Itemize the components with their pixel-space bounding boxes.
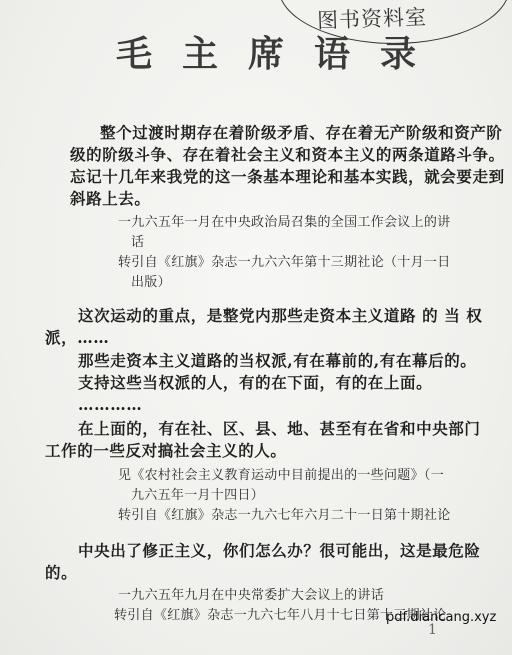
quote-2-line-3: 那些走资本主义道路的当权派,有在幕前的,有在幕后的。 [78,350,476,372]
quote-3-line-1: 中央出了修正主义，你们怎么办？很可能出，这是最危险 [78,540,481,562]
watermark-text: pdf.diancang.xyz [386,610,496,625]
quote-2-line-5: ………… [78,394,142,416]
quote-1-source-3: 转引自《红旗》杂志一九六六年第十三期社论（十月一日 [118,252,451,274]
quote-1-line-3: 忘记十几年来我党的这一条基本理论和基本实践，就会要走到 [70,166,505,188]
quote-2-source-2: 九六五年一月十四日） [131,485,264,507]
quote-3-line-2: 的。 [45,562,77,584]
quote-2-line-2: 派，…… [45,327,109,349]
page-title: 毛主席语录 [116,26,446,77]
quote-1-source-4: 出版） [131,272,171,294]
quote-2-line-1: 这次运动的重点，是整党内那些走资本主义道路 的 当 权 [78,305,482,327]
quote-1-line-2: 级的阶级斗争、存在着社会主义和资本主义的两条道路斗争。 [70,144,505,166]
quote-1-source-1: 一九六五年一月在中央政治局召集的全国工作会议上的讲 [118,212,451,234]
quote-2-source-1: 见《农村社会主义教育运动中目前提出的一些问题》（一 [118,465,444,487]
quote-1-source-2: 话 [131,232,144,254]
quote-2-line-4: 支持这些当权派的人，有的在下面，有的在上面。 [78,372,432,394]
quote-3-source-1: 一九六五年九月在中央常委扩大会议上的讲话 [118,585,384,607]
document-page: 图书资料室 毛主席语录 整个过渡时期存在着阶级矛盾、存在着无产阶级和资产阶 级的… [0,0,512,655]
quote-2-line-7: 工作的一些反对搞社会主义的人。 [45,440,287,462]
quote-1-line-1: 整个过渡时期存在着阶级矛盾、存在着无产阶级和资产阶 [100,122,503,144]
quote-2-line-6: 在上面的，有在社、区、县、地、甚至有在省和中央部门 [78,418,481,440]
page-number: 1 [428,622,437,638]
quote-1-line-4: 斜路上去。 [70,188,151,210]
quote-2-source-3: 转引自《红旗》杂志一九六七年六月二十一日第十期社论 [118,505,451,527]
